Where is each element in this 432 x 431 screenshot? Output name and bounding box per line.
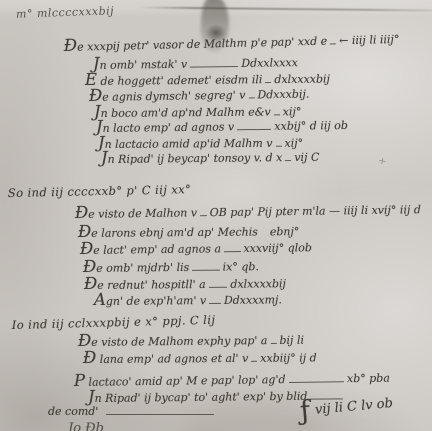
account-entry-line: Ðe larons ebnj am'd ap' Mechis ebnj° <box>78 224 296 241</box>
entry-text: Ðe lact' emp' ad agnos a <box>80 241 221 257</box>
entry-text: Jn Ripad' ij beycap' tonsoy v. d x <box>101 150 283 167</box>
entry-text: Jn lactacio amid ap'id Malhm v <box>98 136 273 152</box>
ruled-dash <box>265 82 271 83</box>
summa-heading: Io ind iij cclxxxpbij e x° ppj. C lij <box>12 313 216 332</box>
faint-cross-mark: + <box>377 155 387 168</box>
entry-amount: xij° <box>283 106 302 119</box>
entry-amount: xij° <box>284 138 303 151</box>
entry-amount: ix° qb. <box>223 261 259 274</box>
entry-amount: xxbiij° ij d <box>260 352 316 365</box>
ruled-dash <box>285 160 291 161</box>
account-entry-line: Ðe visto de Malhon v OB pap' Pij pter m'… <box>75 202 421 221</box>
account-entry-line: Ðe rednut' hospitll' a dxlxxxxbij <box>84 276 286 292</box>
entry-amount: vij C <box>294 152 319 165</box>
summa-heading: So ind iij ccccxxb° p' C iij xx° <box>8 182 192 200</box>
entry-amount: ebnj° <box>270 226 300 239</box>
account-entry-line: Ð lana emp' ad agnos et al' v xxbiij° ij… <box>83 351 279 367</box>
ruled-dash <box>274 114 280 115</box>
ruled-dash <box>330 43 336 44</box>
blank-underline <box>106 414 214 415</box>
account-entry-line: Ðe visto de Malhom exphy pap' a bij li <box>78 333 290 350</box>
entry-text: Ðe xxxpij petr' vasor de Malthm p'e pap'… <box>64 34 328 55</box>
account-entry-line: Jn omb' mstak' v Ddxxlxxxx <box>93 55 298 73</box>
entry-text: Ðe visto de Malhom exphy pap' a <box>78 333 268 350</box>
footnote-text: de comd' <box>48 405 98 418</box>
account-entry-line: Ðe lact' emp' ad agnos a xxxviij° qlob <box>80 240 312 257</box>
account-entry-line: Jn lacto emp' ad agnos v xxbij° d iij ob <box>96 118 348 136</box>
entry-amount: dxlxxxxbij <box>274 73 330 86</box>
entry-amount: Ddxxxbij. <box>257 89 309 102</box>
paper-crease <box>140 6 432 11</box>
ruled-dash <box>224 251 240 252</box>
entry-amount: bij li <box>279 335 304 348</box>
footnote-line: de comd' <box>48 405 214 418</box>
entry-text: P lactaco' amid ap' M e pap' lop' ag'd <box>74 372 286 390</box>
entry-amount: Ddxxxxmj. <box>224 294 282 307</box>
entry-text: Jn Ripad' ij bycap' to' aght' exp' by bl… <box>88 389 308 406</box>
ruled-dash <box>200 215 207 216</box>
ruled-dash <box>209 286 228 287</box>
account-entry-line: Ðe omb' mjdrb' lis ix° qb. <box>83 259 259 275</box>
ruled-dash <box>192 269 219 270</box>
entry-text: Ðe omb' mjdrb' lis <box>83 260 189 276</box>
ruled-dash <box>251 360 257 361</box>
ruled-dash <box>289 381 345 383</box>
ruled-dash <box>270 343 276 344</box>
account-entry-line: Jn lactacio amid ap'id Malhm v xij° <box>98 136 296 152</box>
manuscript-page: m° mlccccxxxbij Ðe xxxpij petr' vasor de… <box>0 0 432 431</box>
account-entry-line: E de hoggett' ademet' eisdm ili dxlxxxxb… <box>85 71 328 88</box>
account-entry-line: Ðe agnis dymsch' segreg' v Ddxxxbij. <box>89 87 282 105</box>
entry-amount: xxbij° d iij ob <box>274 120 348 134</box>
account-entry-line: Agn' de exp'h'am' v Ddxxxxmj. <box>94 292 282 308</box>
ruled-dash <box>209 303 221 304</box>
sum-amount: vij li C lv ob <box>314 396 393 418</box>
entry-amount: ← iiij li iiij° <box>339 34 399 48</box>
sum-brace-glyph: ƒ <box>299 397 311 425</box>
entry-amount: xb° pba <box>347 373 390 386</box>
entry-amount: xxxviij° qlob <box>243 242 312 255</box>
ruled-dash <box>275 145 281 146</box>
account-entry-line: Jn Ripad' ij beycap' tonsoy v. d x vij C <box>101 150 301 167</box>
entry-text: Jn omb' mstak' v <box>93 57 187 73</box>
account-entry-line: P lactaco' amid ap' M e pap' lop' ag'd x… <box>74 371 390 390</box>
entry-amount: dxlxxxxbij <box>230 278 286 291</box>
entry-text: Agn' de exp'h'am' v <box>94 293 206 309</box>
ruled-dash <box>248 97 254 98</box>
ruled-dash <box>190 66 238 68</box>
clipped-next-line: Jo Ðb <box>68 421 104 431</box>
ruled-dash <box>237 128 271 129</box>
entry-text: E de hoggett' ademet' eisdm ili <box>85 72 263 88</box>
entry-amount: OB pap' Pij pter m'la — iiij li xvij° ii… <box>210 204 421 220</box>
entry-text: Jn lacto emp' ad agnos v <box>96 119 234 135</box>
entry-amount: Ddxxlxxxx <box>241 57 298 70</box>
entry-text: Ðe larons ebnj am'd ap' Mechis <box>78 224 258 240</box>
entry-text: Ðe agnis dymsch' segreg' v <box>89 88 246 105</box>
entry-text: Ð lana emp' ad agnos et al' v <box>83 351 248 367</box>
marginal-date-note: m° mlccccxxxbij <box>16 4 115 20</box>
entry-text: Ðe visto de Malhon v <box>75 205 197 221</box>
